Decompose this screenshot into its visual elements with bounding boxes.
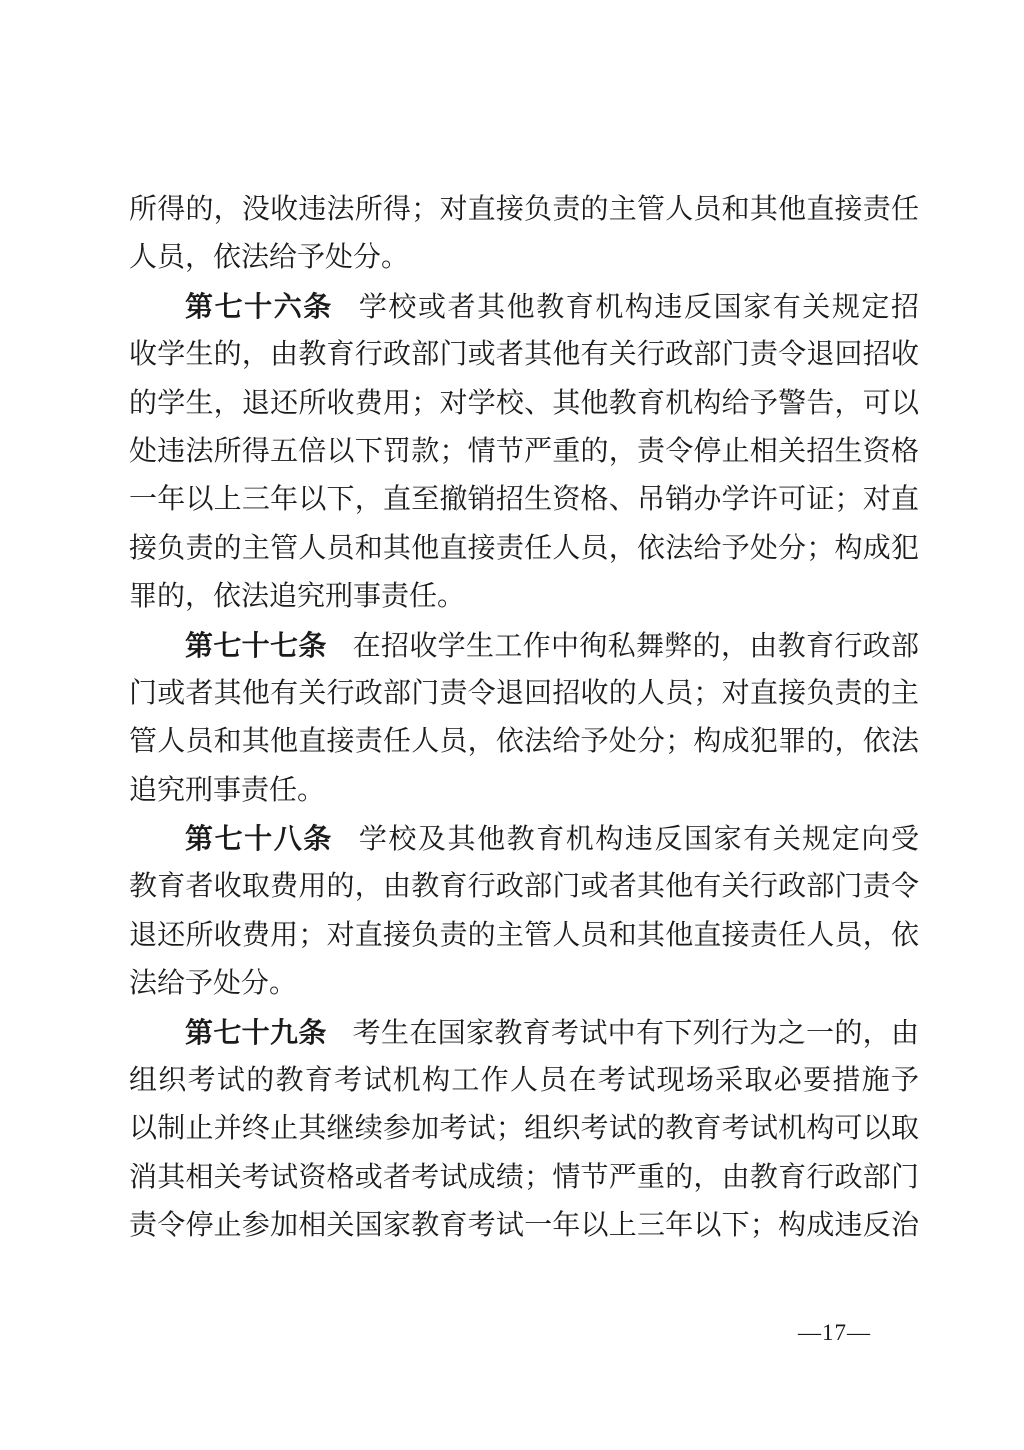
text-line: 第七十八条学校及其他教育机构违反国家有关规定向受 [129, 815, 919, 863]
line-text: 考生在国家教育考试中有下列行为之一的，由 [353, 1018, 919, 1049]
text-line: 追究刑事责任。 [129, 767, 919, 815]
line-text: 追究刑事责任。 [129, 775, 325, 806]
line-text: 接负责的主管人员和其他直接责任人员，依法给予处分；构成犯 [129, 533, 919, 564]
text-line: 组织考试的教育考试机构工作人员在考试现场采取必要措施予 [129, 1057, 919, 1105]
text-line: 管人员和其他直接责任人员，依法给予处分；构成犯罪的，依法 [129, 718, 919, 766]
text-line: 第七十七条在招收学生工作中徇私舞弊的，由教育行政部 [129, 622, 919, 670]
line-text: 罪的，依法追究刑事责任。 [129, 581, 465, 612]
article-number: 第七十六条 [185, 291, 333, 322]
line-text: 法给予处分。 [129, 968, 297, 999]
line-text: 责令停止参加相关国家教育考试一年以上三年以下；构成违反治 [129, 1210, 919, 1241]
text-line: 法给予处分。 [129, 960, 919, 1008]
line-text: 以制止并终止其继续参加考试；组织考试的教育考试机构可以取 [129, 1113, 919, 1144]
line-text: 的学生，退还所收费用；对学校、其他教育机构给予警告，可以 [129, 388, 919, 419]
line-text: 学校及其他教育机构违反国家有关规定向受 [359, 824, 919, 855]
text-line: 责令停止参加相关国家教育考试一年以上三年以下；构成违反治 [129, 1202, 919, 1250]
text-line: 退还所收费用；对直接负责的主管人员和其他直接责任人员，依 [129, 912, 919, 960]
line-text: 组织考试的教育考试机构工作人员在考试现场采取必要措施予 [129, 1065, 919, 1096]
line-text: 在招收学生工作中徇私舞弊的，由教育行政部 [353, 631, 919, 662]
text-line: 第七十九条考生在国家教育考试中有下列行为之一的，由 [129, 1009, 919, 1057]
line-text: 退还所收费用；对直接负责的主管人员和其他直接责任人员，依 [129, 920, 919, 951]
article-number: 第七十八条 [185, 823, 333, 854]
text-line: 的学生，退还所收费用；对学校、其他教育机构给予警告，可以 [129, 380, 919, 428]
text-line: 第七十六条学校或者其他教育机构违反国家有关规定招 [129, 283, 919, 331]
line-text: 消其相关考试资格或者考试成绩；情节严重的，由教育行政部门 [129, 1162, 919, 1193]
line-text: 门或者其他有关行政部门责令退回招收的人员；对直接负责的主 [129, 678, 919, 709]
text-line: 收学生的，由教育行政部门或者其他有关行政部门责令退回招收 [129, 331, 919, 379]
text-line: 所得的，没收违法所得；对直接负责的主管人员和其他直接责任 [129, 186, 919, 234]
text-line: 教育者收取费用的，由教育行政部门或者其他有关行政部门责令 [129, 863, 919, 911]
line-text: 收学生的，由教育行政部门或者其他有关行政部门责令退回招收 [129, 339, 919, 370]
text-line: 一年以上三年以下，直至撤销招生资格、吊销办学许可证；对直 [129, 476, 919, 524]
text-line: 人员，依法给予处分。 [129, 234, 919, 282]
line-text: 教育者收取费用的，由教育行政部门或者其他有关行政部门责令 [129, 871, 919, 902]
line-text: 人员，依法给予处分。 [129, 242, 409, 273]
document-page: 所得的，没收违法所得；对直接负责的主管人员和其他直接责任人员，依法给予处分。第七… [0, 0, 1024, 1450]
text-line: 门或者其他有关行政部门责令退回招收的人员；对直接负责的主 [129, 670, 919, 718]
line-text: 管人员和其他直接责任人员，依法给予处分；构成犯罪的，依法 [129, 726, 919, 757]
article-number: 第七十九条 [185, 1017, 327, 1048]
text-line: 罪的，依法追究刑事责任。 [129, 573, 919, 621]
line-text: 处违法所得五倍以下罚款；情节严重的，责令停止相关招生资格 [129, 436, 919, 467]
line-text: 所得的，没收违法所得；对直接负责的主管人员和其他直接责任 [129, 194, 919, 225]
page-footer: —17— [129, 1320, 919, 1346]
document-body: 所得的，没收违法所得；对直接负责的主管人员和其他直接责任人员，依法给予处分。第七… [129, 186, 919, 1251]
text-line: 处违法所得五倍以下罚款；情节严重的，责令停止相关招生资格 [129, 428, 919, 476]
line-text: 一年以上三年以下，直至撤销招生资格、吊销办学许可证；对直 [129, 484, 919, 515]
text-line: 接负责的主管人员和其他直接责任人员，依法给予处分；构成犯 [129, 525, 919, 573]
text-line: 以制止并终止其继续参加考试；组织考试的教育考试机构可以取 [129, 1105, 919, 1153]
article-number: 第七十七条 [185, 630, 327, 661]
line-text: 学校或者其他教育机构违反国家有关规定招 [359, 292, 919, 323]
text-line: 消其相关考试资格或者考试成绩；情节严重的，由教育行政部门 [129, 1154, 919, 1202]
page-number: —17— [798, 1320, 871, 1345]
